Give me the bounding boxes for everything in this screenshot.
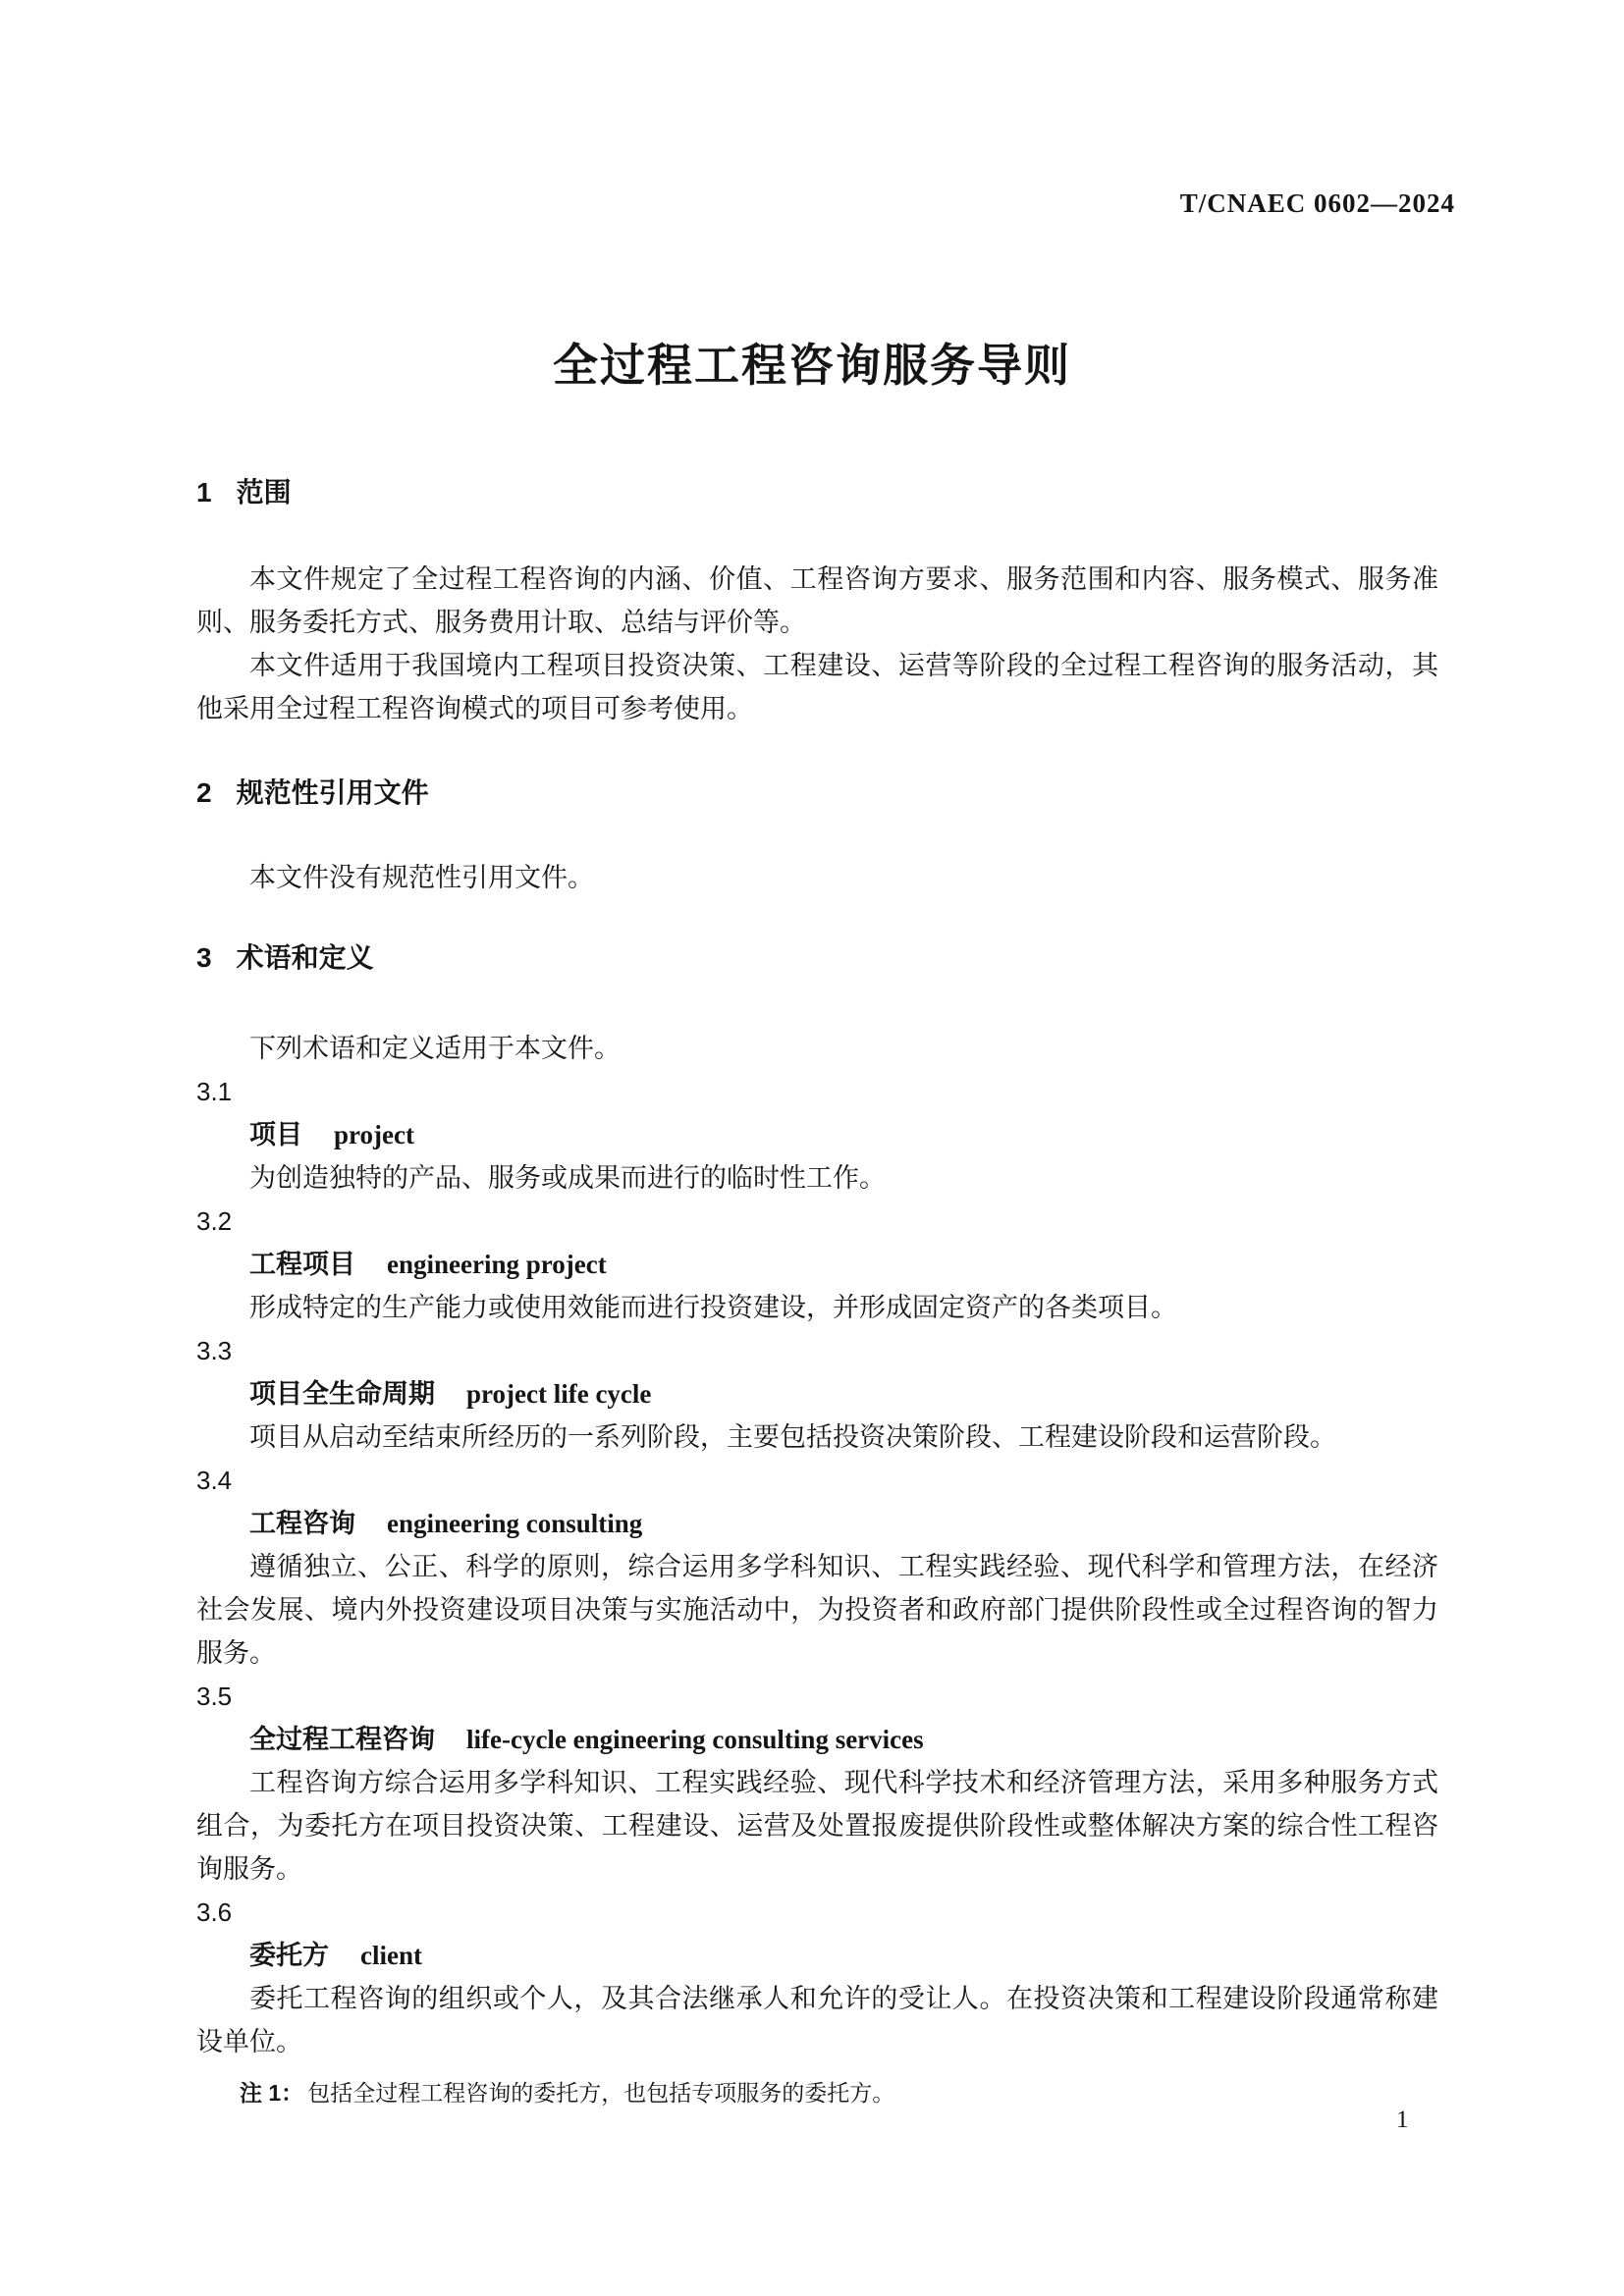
paragraph: 本文件适用于我国境内工程项目投资决策、工程建设、运营等阶段的全过程工程咨询的服务… xyxy=(196,644,1438,730)
standard-number: T/CNAEC 0602—2024 xyxy=(1180,188,1455,219)
term-line: 委托方client xyxy=(196,1934,1438,1977)
document-body: 1范围 本文件规定了全过程工程咨询的内涵、价值、工程咨询方要求、服务范围和内容、… xyxy=(196,471,1438,2111)
section-heading-normative-references: 2规范性引用文件 xyxy=(196,772,1438,815)
term-line: 工程项目engineering project xyxy=(196,1243,1438,1286)
term-zh: 项目全生命周期 xyxy=(249,1379,435,1409)
note-text: 包括全过程工程咨询的委托方，也包括专项服务的委托方。 xyxy=(307,2081,894,2106)
section-number: 1 xyxy=(196,477,212,507)
term-en: engineering consulting xyxy=(387,1509,642,1538)
term-definition: 形成特定的生产能力或使用效能而进行投资建设，并形成固定资产的各类项目。 xyxy=(196,1286,1438,1329)
term-line: 项目全生命周期project life cycle xyxy=(196,1372,1438,1415)
section-heading-scope: 1范围 xyxy=(196,471,1438,514)
clause-number: 3.6 xyxy=(196,1891,1438,1934)
term-en: project xyxy=(334,1120,414,1149)
section-title: 范围 xyxy=(237,477,292,507)
term-en: life-cycle engineering consulting servic… xyxy=(466,1725,924,1754)
page-number: 1 xyxy=(1396,2107,1409,2134)
term-definition: 遵循独立、公正、科学的原则，综合运用多学科知识、工程实践经验、现代科学和管理方法… xyxy=(196,1545,1438,1675)
section-number: 2 xyxy=(196,777,212,808)
section-title: 术语和定义 xyxy=(237,942,374,973)
term-line: 项目project xyxy=(196,1113,1438,1156)
document-title: 全过程工程咨询服务导则 xyxy=(0,330,1624,395)
term-zh: 全过程工程咨询 xyxy=(249,1725,435,1754)
term-line: 全过程工程咨询life-cycle engineering consulting… xyxy=(196,1718,1438,1761)
term-zh: 项目 xyxy=(249,1120,302,1149)
note: 注 1：包括全过程工程咨询的委托方，也包括专项服务的委托方。 xyxy=(196,2075,1438,2111)
note-label: 注 1： xyxy=(240,2080,303,2106)
term-zh: 委托方 xyxy=(249,1941,329,1970)
term-zh: 工程项目 xyxy=(249,1250,355,1279)
clause-number: 3.5 xyxy=(196,1675,1438,1718)
term-en: engineering project xyxy=(387,1250,607,1279)
section-heading-terms-definitions: 3术语和定义 xyxy=(196,936,1438,980)
paragraph: 本文件没有规范性引用文件。 xyxy=(196,856,1438,899)
term-en: project life cycle xyxy=(466,1379,651,1409)
clause-number: 3.3 xyxy=(196,1329,1438,1372)
term-definition: 工程咨询方综合运用多学科知识、工程实践经验、现代科学技术和经济管理方法，采用多种… xyxy=(196,1761,1438,1891)
term-zh: 工程咨询 xyxy=(249,1509,355,1538)
term-en: client xyxy=(360,1941,422,1970)
term-definition: 委托工程咨询的组织或个人，及其合法继承人和允许的受让人。在投资决策和工程建设阶段… xyxy=(196,1977,1438,2063)
terms-intro: 下列术语和定义适用于本文件。 xyxy=(196,1027,1438,1070)
paragraph: 本文件规定了全过程工程咨询的内涵、价值、工程咨询方要求、服务范围和内容、服务模式… xyxy=(196,558,1438,644)
clause-number: 3.1 xyxy=(196,1070,1438,1113)
section-number: 3 xyxy=(196,942,212,973)
document-page: T/CNAEC 0602—2024 全过程工程咨询服务导则 1范围 本文件规定了… xyxy=(0,0,1624,2296)
clause-number: 3.4 xyxy=(196,1459,1438,1502)
clause-number: 3.2 xyxy=(196,1200,1438,1243)
term-definition: 项目从启动至结束所经历的一系列阶段，主要包括投资决策阶段、工程建设阶段和运营阶段… xyxy=(196,1415,1438,1459)
term-line: 工程咨询engineering consulting xyxy=(196,1502,1438,1545)
section-title: 规范性引用文件 xyxy=(237,777,429,808)
term-definition: 为创造独特的产品、服务或成果而进行的临时性工作。 xyxy=(196,1156,1438,1200)
